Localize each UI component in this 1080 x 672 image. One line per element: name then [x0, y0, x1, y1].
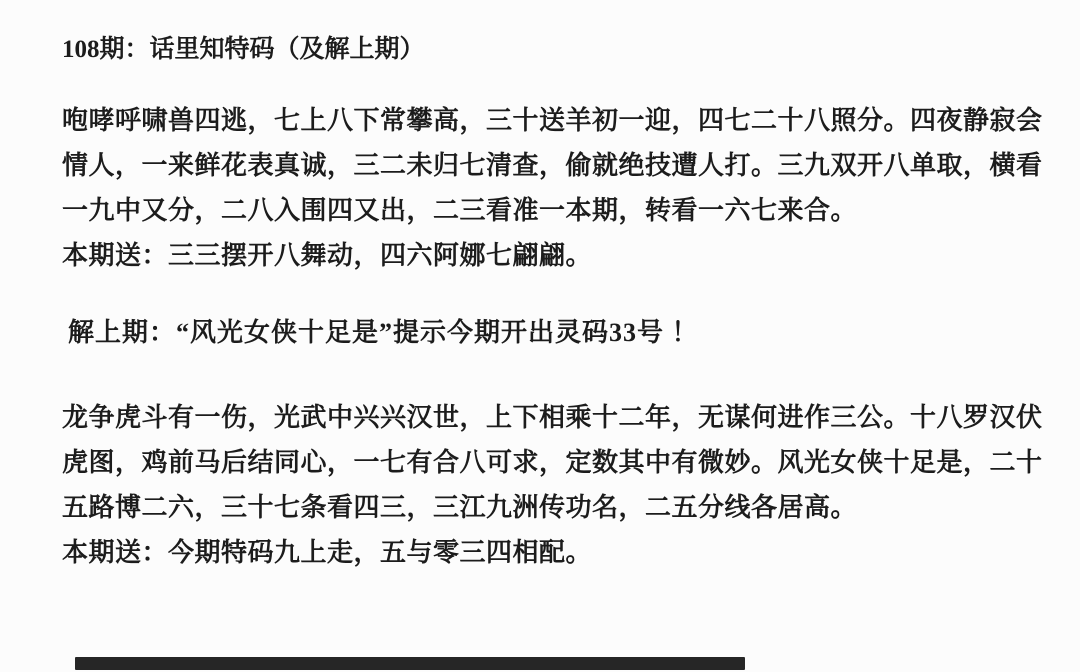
current-verse-paragraph: 咆哮呼啸兽四逃，七上八下常攀高，三十送羊初一迎，四七二十八照分。四夜静寂会 情人… — [62, 98, 1043, 278]
verse-line: 五路博二六，三十七条看四三，三江九洲传功名，二五分线各居高。 — [62, 485, 1043, 530]
verse-line: 一九中又分，二八入围四又出，二三看准一本期，转看一六七来合。 — [62, 188, 1043, 233]
document-page: 108期：话里知特码（及解上期） 咆哮呼啸兽四逃，七上八下常攀高，三十送羊初一迎… — [0, 0, 1080, 672]
previous-verse-paragraph: 龙争虎斗有一伤，光武中兴兴汉世，上下相乘十二年，无谋何进作三公。十八罗汉伏 虎图… — [62, 395, 1043, 575]
verse-line: 龙争虎斗有一伤，光武中兴兴汉世，上下相乘十二年，无谋何进作三公。十八罗汉伏 — [62, 395, 1043, 440]
verse-line: 虎图，鸡前马后结同心，一七有合八可求，定数其中有微妙。风光女侠十足是，二十 — [62, 440, 1043, 485]
redaction-bar — [75, 657, 745, 670]
verse-line: 情人，一来鲜花表真诚，三二未归七清查，偷就绝技遭人打。三九双开八单取，横看 — [62, 143, 1043, 188]
gift-line: 本期送：三三摆开八舞动，四六阿娜七翩翩。 — [62, 233, 1043, 278]
verse-line: 咆哮呼啸兽四逃，七上八下常攀高，三十送羊初一迎，四七二十八照分。四夜静寂会 — [62, 98, 1043, 143]
gift-line: 本期送：今期特码九上走，五与零三四相配。 — [62, 530, 1043, 575]
issue-title: 108期：话里知特码（及解上期） — [62, 30, 425, 70]
previous-issue-hint: 解上期：“风光女侠十足是”提示今期开出灵码33号 ！ — [68, 310, 699, 355]
